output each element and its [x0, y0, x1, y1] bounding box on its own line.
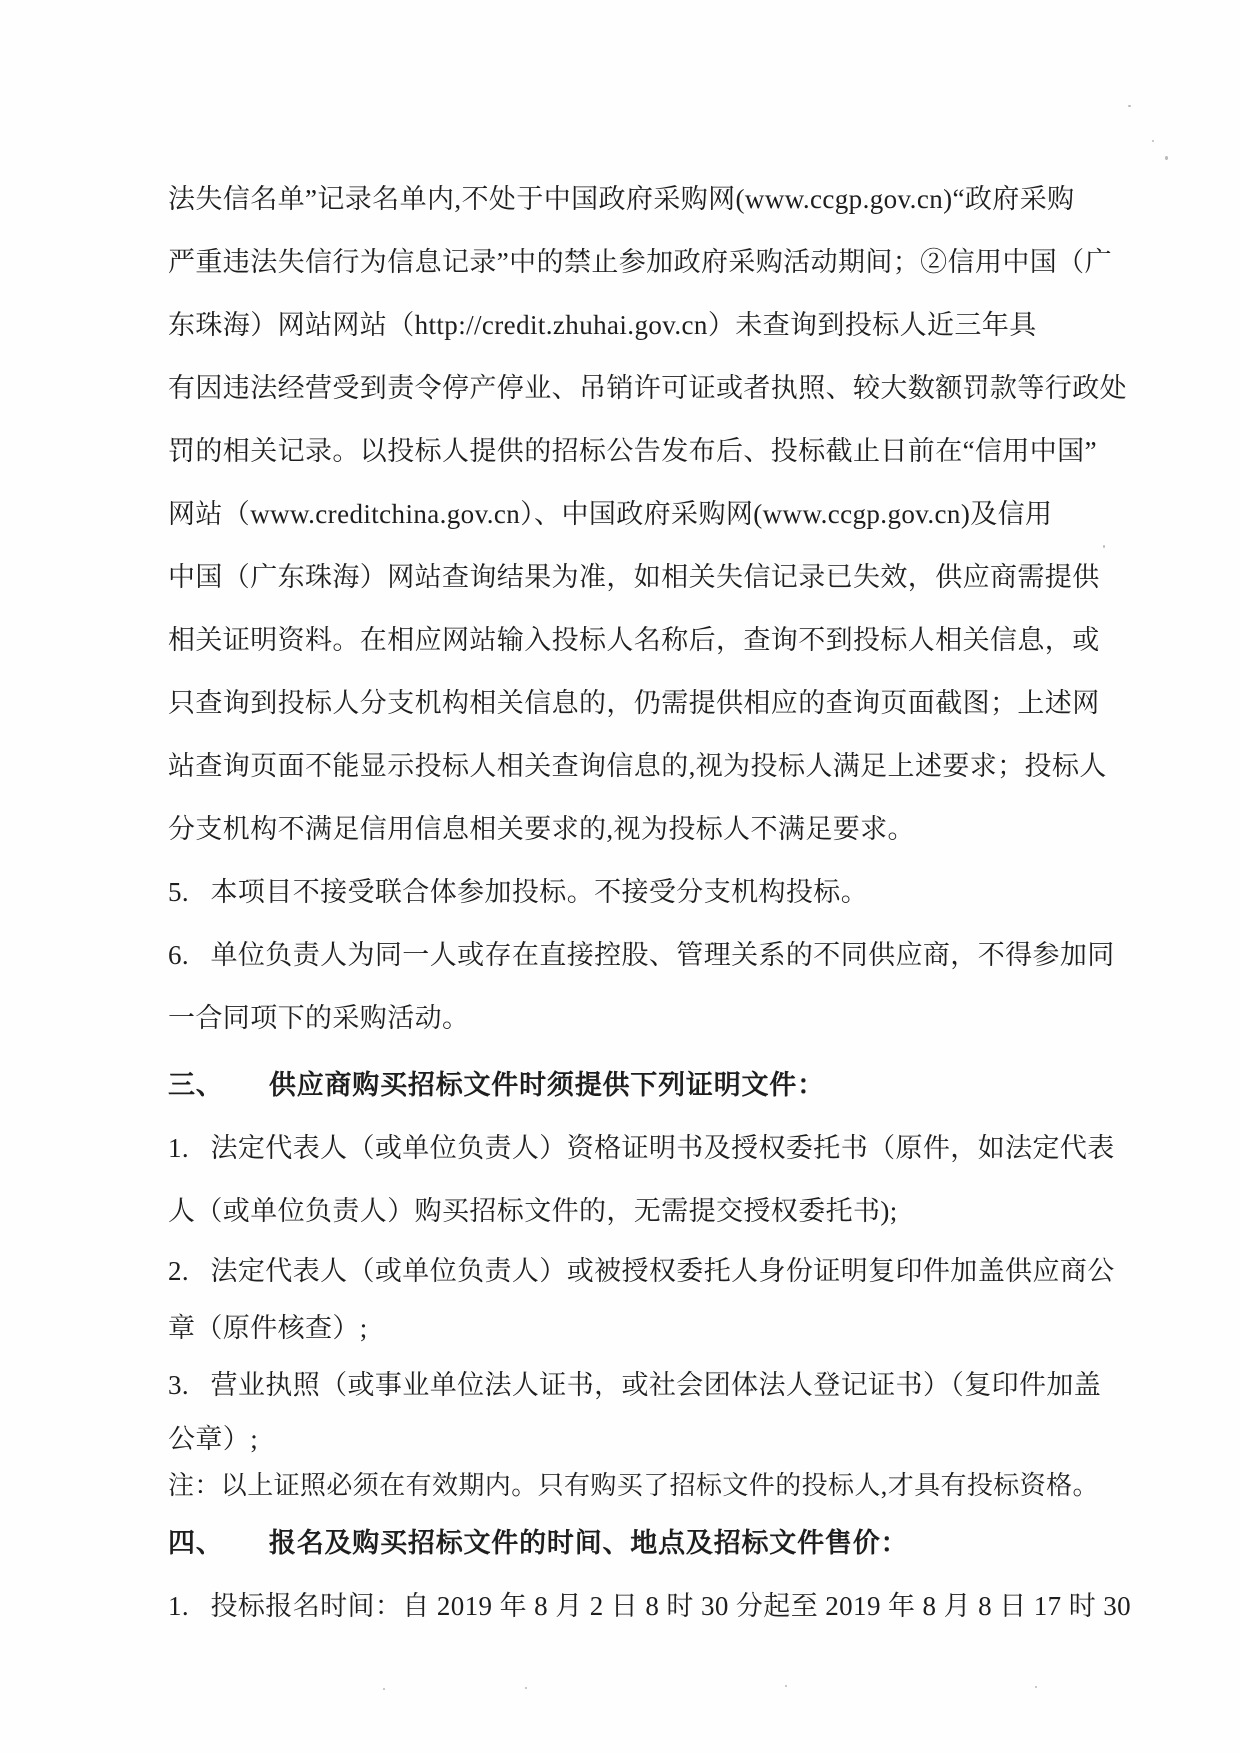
- line-text: 有因违法经营受到责令停产停业、吊销许可证或者执照、较大数额罚款等行政处: [168, 366, 1127, 405]
- line-text: 法失信名单”记录名单内,不处于中国政府采购网(www.ccgp.gov.cn)“…: [168, 177, 1075, 216]
- line-text: 东珠海）网站网站（http://credit.zhuhai.gov.cn）未查询…: [168, 303, 1037, 342]
- line-text: 公章）;: [168, 1417, 258, 1456]
- text-line: 分支机构不满足信用信息相关要求的,视为投标人不满足要求。: [168, 795, 1118, 858]
- text-line: 中国（广东珠海）网站查询结果为准，如相关失信记录已失效，供应商需提供: [168, 543, 1118, 606]
- line-text: 5. 本项目不接受联合体参加投标。不接受分支机构投标。: [168, 870, 868, 909]
- line-text: 3. 营业执照（或事业单位法人证书，或社会团体法人登记证书）（复印件加盖: [168, 1363, 1101, 1402]
- line-text: 四、 报名及购买招标文件的时间、地点及招标文件售价：: [168, 1521, 908, 1560]
- document-body: 法失信名单”记录名单内,不处于中国政府采购网(www.ccgp.gov.cn)“…: [168, 165, 1118, 1635]
- scan-speck: [525, 1687, 527, 1689]
- scan-speck: [383, 1688, 385, 1690]
- line-text: 6. 单位负责人为同一人或存在直接控股、管理关系的不同供应商，不得参加同: [168, 933, 1115, 972]
- line-text: 站查询页面不能显示投标人相关查询信息的,视为投标人满足上述要求；投标人: [168, 744, 1107, 783]
- text-line: 1. 法定代表人（或单位负责人）资格证明书及授权委托书（原件，如法定代表: [168, 1114, 1118, 1177]
- scan-speck: [1152, 140, 1154, 142]
- text-line: 章（原件核查）;: [168, 1297, 1118, 1354]
- text-line: 有因违法经营受到责令停产停业、吊销许可证或者执照、较大数额罚款等行政处: [168, 354, 1118, 417]
- text-line: 网站（www.creditchina.gov.cn）、中国政府采购网(www.c…: [168, 480, 1118, 543]
- scan-speck: [785, 1685, 787, 1687]
- line-text: 三、 供应商购买招标文件时须提供下列证明文件：: [168, 1063, 825, 1102]
- text-line: 罚的相关记录。以投标人提供的招标公告发布后、投标截止日前在“信用中国”: [168, 417, 1118, 480]
- text-line: 2. 法定代表人（或单位负责人）或被授权委托人身份证明复印件加盖供应商公: [168, 1240, 1118, 1297]
- line-text: 一合同项下的采购活动。: [168, 996, 469, 1035]
- text-line: 相关证明资料。在相应网站输入投标人名称后，查询不到投标人相关信息，或: [168, 606, 1118, 669]
- text-line: 5. 本项目不接受联合体参加投标。不接受分支机构投标。: [168, 858, 1118, 921]
- document-page: 法失信名单”记录名单内,不处于中国政府采购网(www.ccgp.gov.cn)“…: [0, 0, 1240, 1753]
- line-text: 1. 投标报名时间：自 2019 年 8 月 2 日 8 时 30 分起至 20…: [168, 1584, 1131, 1623]
- line-text: 只查询到投标人分支机构相关信息的，仍需提供相应的查询页面截图；上述网: [168, 681, 1100, 720]
- text-line: 站查询页面不能显示投标人相关查询信息的,视为投标人满足上述要求；投标人: [168, 732, 1118, 795]
- line-text: 注：以上证照必须在有效期内。只有购买了招标文件的投标人,才具有投标资格。: [168, 1465, 1099, 1502]
- text-line: 法失信名单”记录名单内,不处于中国政府采购网(www.ccgp.gov.cn)“…: [168, 165, 1118, 228]
- line-text: 罚的相关记录。以投标人提供的招标公告发布后、投标截止日前在“信用中国”: [168, 429, 1097, 468]
- line-text: 2. 法定代表人（或单位负责人）或被授权委托人身份证明复印件加盖供应商公: [168, 1249, 1115, 1288]
- line-text: 人（或单位负责人）购买招标文件的，无需提交授权委托书);: [168, 1189, 898, 1228]
- section-heading-line: 三、 供应商购买招标文件时须提供下列证明文件：: [168, 1051, 1118, 1114]
- scan-speck: [1165, 156, 1168, 160]
- note-line: 注：以上证照必须在有效期内。只有购买了招标文件的投标人,才具有投标资格。: [168, 1461, 1118, 1505]
- text-line: 3. 营业执照（或事业单位法人证书，或社会团体法人登记证书）（复印件加盖: [168, 1354, 1118, 1411]
- text-line: 严重违法失信行为信息记录”中的禁止参加政府采购活动期间；②信用中国（广: [168, 228, 1118, 291]
- line-text: 严重违法失信行为信息记录”中的禁止参加政府采购活动期间；②信用中国（广: [168, 240, 1112, 279]
- text-line: 6. 单位负责人为同一人或存在直接控股、管理关系的不同供应商，不得参加同: [168, 921, 1118, 984]
- scan-speck: [1103, 545, 1105, 548]
- text-line: 1. 投标报名时间：自 2019 年 8 月 2 日 8 时 30 分起至 20…: [168, 1572, 1118, 1635]
- line-text: 网站（www.creditchina.gov.cn）、中国政府采购网(www.c…: [168, 492, 1052, 531]
- text-line: 只查询到投标人分支机构相关信息的，仍需提供相应的查询页面截图；上述网: [168, 669, 1118, 732]
- line-text: 章（原件核查）;: [168, 1306, 368, 1345]
- text-line: 人（或单位负责人）购买招标文件的，无需提交授权委托书);: [168, 1177, 1118, 1240]
- line-text: 1. 法定代表人（或单位负责人）资格证明书及授权委托书（原件，如法定代表: [168, 1126, 1115, 1165]
- text-line: 一合同项下的采购活动。: [168, 984, 1118, 1047]
- section-heading-line: 四、 报名及购买招标文件的时间、地点及招标文件售价：: [168, 1509, 1118, 1572]
- text-line: 东珠海）网站网站（http://credit.zhuhai.gov.cn）未查询…: [168, 291, 1118, 354]
- scan-speck: [1128, 105, 1131, 107]
- text-line: 公章）;: [168, 1411, 1118, 1461]
- scan-speck: [1035, 1686, 1037, 1688]
- line-text: 分支机构不满足信用信息相关要求的,视为投标人不满足要求。: [168, 807, 915, 846]
- line-text: 中国（广东珠海）网站查询结果为准，如相关失信记录已失效，供应商需提供: [168, 555, 1100, 594]
- line-text: 相关证明资料。在相应网站输入投标人名称后，查询不到投标人相关信息，或: [168, 618, 1100, 657]
